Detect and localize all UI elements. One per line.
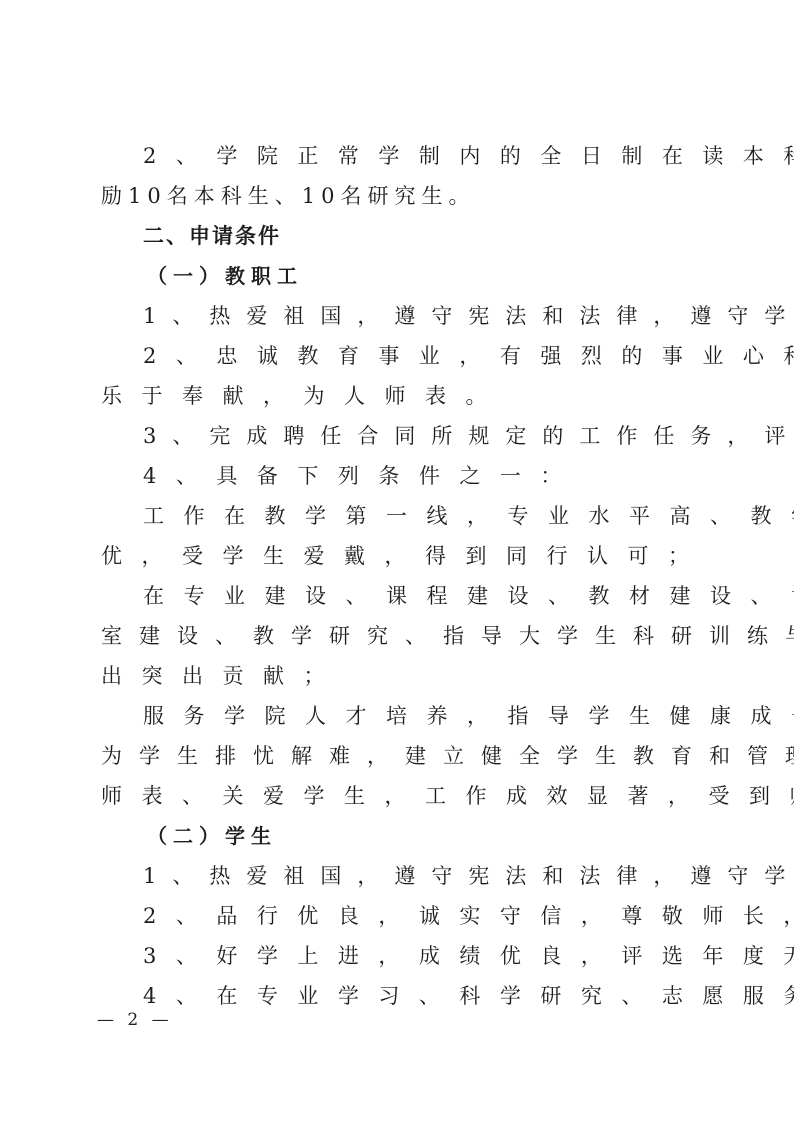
page-number: — 2 — — [97, 1010, 173, 1030]
paragraph-line: 4、具备下列条件之一： — [101, 456, 689, 496]
paragraph-line: 2、品行优良，诚实守信，尊敬师长，团结同学。 — [101, 896, 689, 936]
subsection-heading: （一）教职工 — [101, 256, 689, 296]
paragraph-line: 1、热爱祖国，遵守宪法和法律，遵守学校和学院规章制度。 — [101, 296, 689, 336]
paragraph-line: 3、好学上进，成绩优良，评选年度无考试科目不及格。 — [101, 936, 689, 976]
paragraph-line: 为学生排忧解难，建立健全学生教育和管理的规章制度，为人 — [101, 736, 689, 776]
document-body: 2、学院正常学制内的全日制在读本科生、研究生，每年奖 励10名本科生、10名研究… — [101, 136, 689, 1016]
paragraph-line: 出突出贡献； — [101, 656, 689, 696]
subsection-heading: （二）学生 — [101, 816, 689, 856]
paragraph-line: 3、完成聘任合同所规定的工作任务，评选年度考核合格。 — [101, 416, 689, 456]
paragraph-line: 服务学院人才培养，指导学生健康成长与全面发展，积极 — [101, 696, 689, 736]
paragraph-line: 在专业建设、课程建设、教材建设、课程思政建设、实验 — [101, 576, 689, 616]
paragraph-line: 1、热爱祖国，遵守宪法和法律，遵守学校和学院规章制度。 — [101, 856, 689, 896]
paragraph-line: 工作在教学第一线，专业水平高、教学效果好，教学评价 — [101, 496, 689, 536]
section-heading: 二、申请条件 — [101, 216, 689, 256]
paragraph-line: 2、忠诚教育事业，有强烈的事业心和责任感，爱岗敬业， — [101, 336, 689, 376]
paragraph-line: 优，受学生爱戴，得到同行认可； — [101, 536, 689, 576]
paragraph-line: 2、学院正常学制内的全日制在读本科生、研究生，每年奖 — [101, 136, 689, 176]
paragraph-line: 室建设、教学研究、指导大学生科研训练与专业竞赛等方面做 — [101, 616, 689, 656]
paragraph-line: 4、在专业学习、科学研究、志愿服务、文体竞赛等方面表 — [101, 976, 689, 1016]
paragraph-line: 乐于奉献，为人师表。 — [101, 376, 689, 416]
paragraph-line: 师表、关爱学生，工作成效显著，受到师生好评。 — [101, 776, 689, 816]
paragraph-line: 励10名本科生、10名研究生。 — [101, 176, 689, 216]
